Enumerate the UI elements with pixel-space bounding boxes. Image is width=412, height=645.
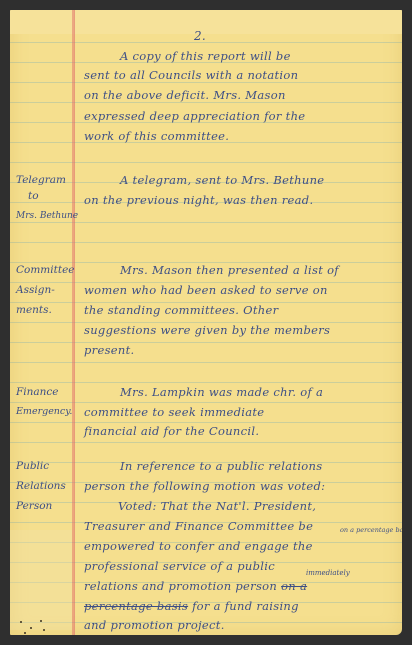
red-margin-rule <box>72 10 75 635</box>
paragraph-5-line-9: and promotion project. <box>84 615 225 635</box>
paragraph-3-line-2: women who had been asked to serve on <box>84 280 328 300</box>
paragraph-1-line-1: A copy of this report will be <box>120 46 291 66</box>
paragraph-3-line-5: present. <box>84 340 134 360</box>
margin-label-person: Person <box>16 496 74 516</box>
paper-wear-mark <box>10 530 72 630</box>
paragraph-2-line-1: A telegram, sent to Mrs. Bethune <box>120 170 324 190</box>
paragraph-5-line-6: professional service of a public <box>84 556 275 576</box>
margin-label-finance: Finance <box>16 382 74 402</box>
paragraph-1-line-3: on the above deficit. Mrs. Mason <box>84 85 286 105</box>
paragraph-5-line-3: Voted: That the Nat'l. President, <box>118 496 316 516</box>
paragraph-4-line-3: financial aid for the Council. <box>84 421 259 441</box>
legal-pad-page: 2. A copy of this report will be sent to… <box>10 10 402 635</box>
margin-label-committee: Committee <box>16 260 74 280</box>
paragraph-4-line-1: Mrs. Lampkin was made chr. of a <box>120 382 323 402</box>
paragraph-5-line-2: person the following motion was voted: <box>84 476 325 496</box>
paragraph-5-line-5: empowered to confer and engage the <box>84 536 313 556</box>
margin-label-assign: Assign- <box>16 280 74 300</box>
margin-label-mrs-bethune: Mrs. Bethune <box>16 206 74 226</box>
paragraph-3-line-3: the standing committees. Other <box>84 300 278 320</box>
ink-specks <box>18 617 48 635</box>
paragraph-3-line-4: suggestions were given by the members <box>84 320 330 340</box>
paragraph-1-line-4: expressed deep appreciation for the <box>84 106 305 126</box>
margin-label-to: to <box>28 186 86 206</box>
paragraph-5-line-1: In reference to a public relations <box>120 456 322 476</box>
paragraph-5-line-4: Treasurer and Finance Committee be <box>84 516 313 536</box>
margin-label-relations: Relations <box>16 476 74 496</box>
paragraph-5-line-8: percentage basis for a fund raising <box>84 596 299 616</box>
line-7-text: relations and promotion person <box>84 579 277 593</box>
insertion-immediately: immediately <box>306 570 350 577</box>
line-8-text: for a fund raising <box>192 599 299 613</box>
margin-label-ments: ments. <box>16 300 74 320</box>
paragraph-2-line-2: on the previous night, was then read. <box>84 190 313 210</box>
margin-label-emergency: Emergency. <box>16 402 74 422</box>
paragraph-1-line-2: sent to all Councils with a notation <box>84 65 298 85</box>
paragraph-1-line-5: work of this committee. <box>84 126 229 146</box>
paragraph-5-line-7: relations and promotion person on a <box>84 576 307 596</box>
struck-on-a: on a <box>281 579 307 593</box>
insertion-on-a-percentage-basis: on a percentage basis <box>340 527 402 534</box>
margin-label-public: Public <box>16 456 74 476</box>
paragraph-4-line-2: committee to seek immediate <box>84 402 264 422</box>
struck-percentage-basis: percentage basis <box>84 599 188 613</box>
page-number: 2. <box>194 26 206 46</box>
paragraph-3-line-1: Mrs. Mason then presented a list of <box>120 260 339 280</box>
